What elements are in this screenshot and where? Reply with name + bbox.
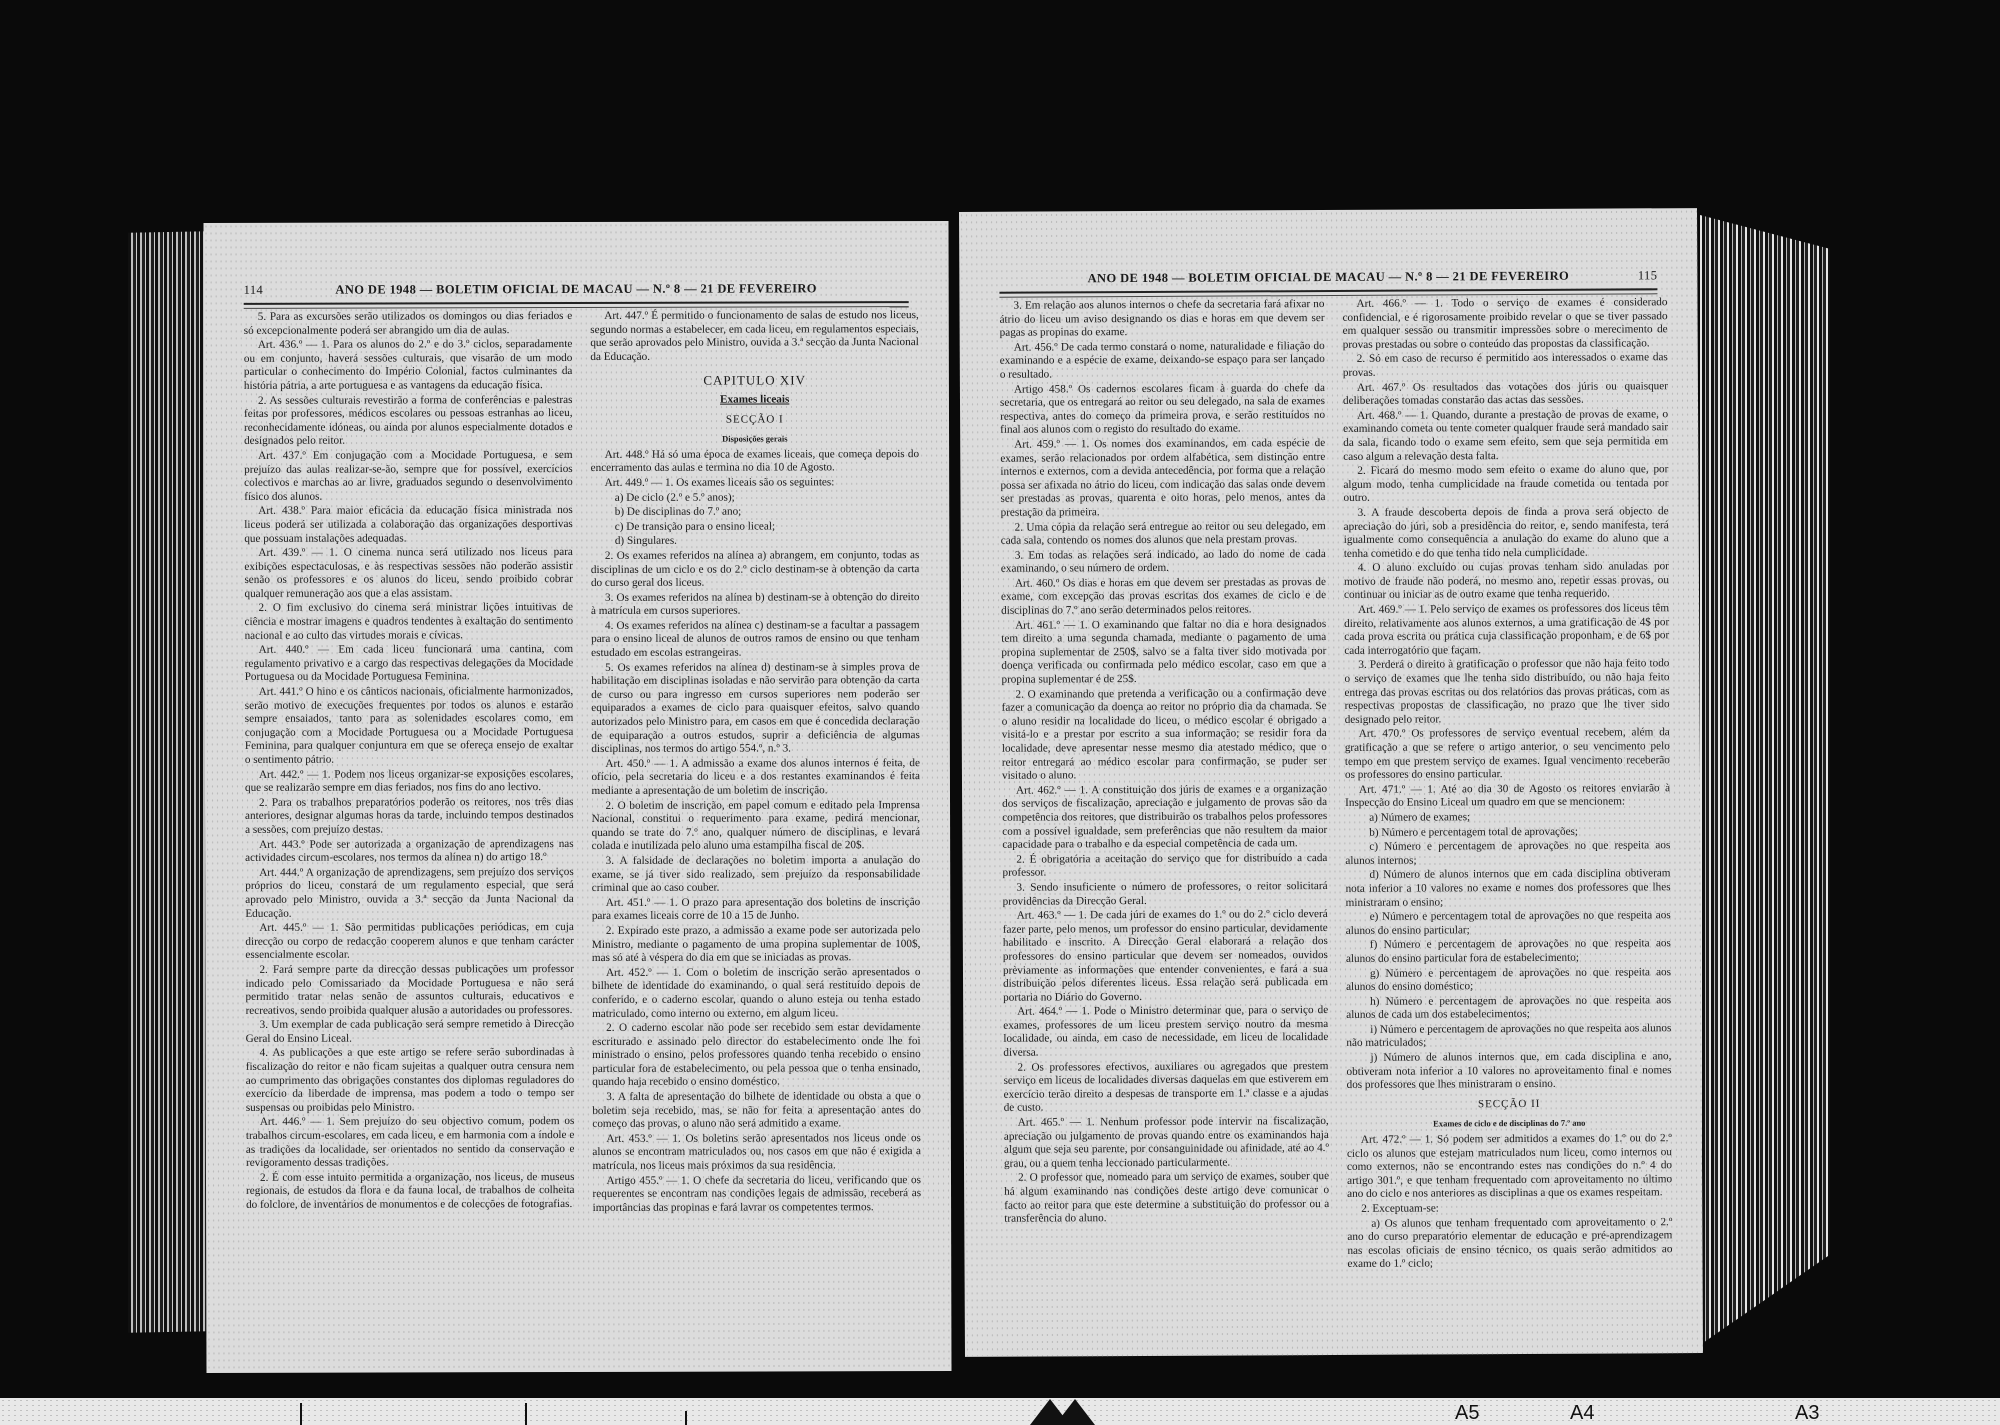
- paragraph: 2. Uma cópia da relação será entregue ao…: [1001, 520, 1326, 549]
- list-item: e) Número e percentagem total de aprovaç…: [1346, 909, 1671, 938]
- paragraph: 2. O professor que, nomeado para um serv…: [1004, 1170, 1329, 1226]
- list-item: c) Número e percentagem de aprovações no…: [1345, 839, 1670, 868]
- paragraph: 2. Exceptuam-se:: [1347, 1201, 1672, 1216]
- running-head: ANO DE 1948 — BOLETIM OFICIAL DE MACAU —…: [999, 268, 1657, 286]
- left-page-column-2: Art. 447.º É permitido o funcionamento d…: [590, 309, 921, 1332]
- paragraph: Art. 460.º Os dias e horas em que devem …: [1001, 576, 1326, 618]
- paragraph: 2. O caderno escolar não pode ser recebi…: [592, 1021, 921, 1090]
- paragraph: Art. 462.º — 1. A constituição dos júris…: [1002, 783, 1327, 853]
- left-page-column-1: 5. Para as excursões serão utilizados os…: [244, 310, 575, 1333]
- paragraph: Art. 440.º — Em cada liceu funcionará um…: [245, 643, 574, 685]
- paragraph: Art. 471.º — 1. Até ao dia 30 de Agosto …: [1345, 782, 1670, 811]
- list-item: i) Número e percentagem de aprovações no…: [1346, 1022, 1671, 1051]
- paragraph: 2. As sessões culturais revestirão a for…: [244, 394, 573, 449]
- list-item: a) Os alunos que tenham frequentado com …: [1347, 1216, 1672, 1272]
- list-item: b) De disciplinas do 7.º ano;: [591, 505, 920, 519]
- list-item: a) Número de exames;: [1345, 810, 1670, 825]
- paragraph: Art. 466.º — 1. Todo o serviço de exames…: [1342, 296, 1667, 352]
- paragraph: Art. 463.º — 1. De cada júri de exames d…: [1003, 908, 1328, 1005]
- paragraph: 4. Os exames referidos na alínea c) dest…: [591, 619, 920, 661]
- paragraph: 4. O aluno excluído ou cujas provas tenh…: [1344, 561, 1669, 603]
- paragraph: Art. 459.º — 1. Os nomes dos examinandos…: [1000, 437, 1325, 520]
- section-title: Exames de ciclo e de disciplinas do 7.º …: [1347, 1117, 1672, 1132]
- paragraph: 4. As publicações a que este artigo se r…: [246, 1046, 575, 1115]
- paragraph: 2. Os professores efectivos, auxiliares …: [1003, 1060, 1328, 1116]
- paragraph: 2. O fim exclusivo do cinema será minist…: [244, 601, 573, 643]
- list-item: b) Número e percentagem total de aprovaç…: [1345, 825, 1670, 840]
- running-head: 114 ANO DE 1948 — BOLETIM OFICIAL DE MAC…: [244, 281, 909, 298]
- paragraph: Art. 464.º — 1. Pode o Ministro determin…: [1003, 1004, 1328, 1060]
- list-item: j) Número de alunos internos que, em cad…: [1346, 1050, 1671, 1092]
- paragraph: Art. 467.º Os resultados das votações do…: [1343, 380, 1668, 409]
- paragraph: 3. A falta de apresentação do bilhete de…: [592, 1090, 921, 1132]
- header-rule: [244, 301, 909, 309]
- frame-label: A3: [1795, 1402, 1819, 1425]
- paragraph: 3. Um exemplar de cada publicação será s…: [246, 1018, 575, 1046]
- paragraph: Artigo 455.º — 1. O chefe da secretaria …: [592, 1174, 921, 1216]
- paragraph: Art. 447.º É permitido o funcionamento d…: [590, 309, 919, 364]
- list-item: d) Número de alunos internos que em cada…: [1345, 868, 1670, 910]
- paragraph: 2. É com esse intuito permitida a organi…: [246, 1171, 575, 1213]
- frame-tick: [685, 1411, 687, 1425]
- frame-marker-arrow: [1055, 1399, 1095, 1425]
- chapter-heading: CAPITULO XIV: [590, 373, 919, 387]
- chapter-title: Exames liceais: [590, 393, 919, 407]
- list-item: h) Número e percentagem de aprovações no…: [1346, 994, 1671, 1023]
- paragraph: Art. 444.º A organização de aprendizagen…: [245, 866, 574, 921]
- left-page: 114 ANO DE 1948 — BOLETIM OFICIAL DE MAC…: [203, 221, 951, 1373]
- paragraph: 2. O boletim de inscrição, em papel comu…: [592, 799, 921, 854]
- list-item: c) De transição para o ensino liceal;: [591, 520, 920, 534]
- paragraph: 5. Os exames referidos na alínea d) dest…: [591, 661, 920, 757]
- frame-tick: [300, 1403, 302, 1425]
- right-page-column-1: 3. Em relação aos alunos internos o chef…: [999, 298, 1329, 1317]
- paragraph: Art. 452.º — 1. Com o boletim de inscriç…: [592, 966, 921, 1021]
- paragraph: Art. 448.º Há só uma época de exames lic…: [591, 448, 920, 476]
- paragraph: Art. 453.º — 1. Os boletins serão aprese…: [592, 1132, 921, 1174]
- paragraph: 2. É obrigatória a aceitação do serviço …: [1002, 852, 1327, 881]
- paragraph: Art. 449.º — 1. Os exames liceais são os…: [591, 476, 920, 490]
- paragraph: Art. 443.º Pode ser autorizada a organiz…: [245, 838, 574, 866]
- paragraph: Art. 472.º — 1. Só podem ser admitidos a…: [1347, 1132, 1672, 1202]
- paragraph: Art. 442.º — 1. Podem nos liceus organiz…: [245, 768, 574, 796]
- paragraph: 2. Ficará do mesmo modo sem efeito o exa…: [1343, 463, 1668, 505]
- book-edge-right: [1700, 215, 1830, 1345]
- paragraph: 2. Só em caso de recurso é permitido aos…: [1343, 352, 1668, 381]
- list-item: a) De ciclo (2.º e 5.º anos);: [591, 491, 920, 505]
- paragraph: 3. Sendo insuficiente o número de profes…: [1003, 880, 1328, 909]
- paragraph: Art. 438.º Para maior eficácia da educaç…: [244, 504, 573, 546]
- frame-tick: [525, 1403, 527, 1425]
- list-item: d) Singulares.: [591, 534, 920, 548]
- paragraph: Art. 450.º — 1. A admissão a exame dos a…: [591, 757, 920, 799]
- page-number: 115: [1638, 268, 1658, 283]
- paragraph: 3. Em todas as relações será indicado, a…: [1001, 548, 1326, 577]
- list-item: g) Número e percentagem de aprovações no…: [1346, 966, 1671, 995]
- running-head-text: ANO DE 1948 — BOLETIM OFICIAL DE MACAU —…: [335, 281, 817, 296]
- paragraph: Artigo 458.º Os cadernos escolares ficam…: [1000, 382, 1325, 438]
- paragraph: 2. Fará sempre parte da direcção dessas …: [245, 963, 574, 1018]
- frame-label: A4: [1570, 1402, 1594, 1425]
- paragraph: 2. Para os trabalhos preparatórios poder…: [245, 796, 574, 838]
- list-item: f) Número e percentagem de aprovações no…: [1346, 938, 1671, 967]
- paragraph: 3. Perderá o direito à gratificação o pr…: [1344, 658, 1669, 728]
- book-edge-left: [128, 231, 208, 1332]
- paragraph: Art. 470.º Os professores de serviço eve…: [1345, 727, 1670, 783]
- paragraph: Art. 436.º — 1. Para os alunos do 2.º e …: [244, 338, 573, 393]
- paragraph: Art. 445.º — 1. São permitidas publicaçõ…: [245, 921, 574, 963]
- paragraph: Art. 439.º — 1. O cinema nunca será util…: [244, 546, 573, 601]
- paragraph: Art. 461.º — 1. O examinando que faltar …: [1001, 618, 1326, 688]
- section-title: Disposições gerais: [591, 432, 920, 446]
- paragraph: Art. 451.º — 1. O prazo para apresentaçã…: [592, 896, 921, 924]
- section-heading: SECÇÃO I: [590, 413, 919, 427]
- paragraph: 3. Os exames referidos na alínea b) dest…: [591, 591, 920, 619]
- paragraph: Art. 465.º — 1. Nenhum professor pode in…: [1004, 1115, 1329, 1171]
- paragraph: 2. Expirado este prazo, a admissão a exa…: [592, 924, 921, 966]
- paragraph: 2. O examinando que pretenda a verificaç…: [1002, 687, 1327, 784]
- paragraph: Art. 468.º — 1. Quando, durante a presta…: [1343, 408, 1668, 464]
- running-head-text: ANO DE 1948 — BOLETIM OFICIAL DE MACAU —…: [1088, 269, 1570, 286]
- paragraph: 3. A fraude descoberta depois de finda a…: [1344, 505, 1669, 561]
- paragraph: 5. Para as excursões serão utilizados os…: [244, 310, 573, 338]
- paragraph: 3. A falsidade de declarações no boletim…: [592, 854, 921, 896]
- microfilm-strip: A5 A4 A3: [0, 1398, 2000, 1425]
- paragraph: Art. 441.º O hino e os cânticos nacionai…: [245, 685, 574, 767]
- right-page: ANO DE 1948 — BOLETIM OFICIAL DE MACAU —…: [959, 208, 1703, 1357]
- paragraph: 2. Os exames referidos na alínea a) abra…: [591, 549, 920, 591]
- paragraph: Art. 437.º Em conjugação com a Mocidade …: [244, 449, 573, 504]
- frame-label: A5: [1455, 1402, 1479, 1425]
- right-page-column-2: Art. 466.º — 1. Todo o serviço de exames…: [1342, 296, 1672, 1315]
- paragraph: Art. 469.º — 1. Pelo serviço de exames o…: [1344, 602, 1669, 658]
- paragraph: 3. Em relação aos alunos internos o chef…: [999, 298, 1324, 340]
- paragraph: Art. 456.º De cada termo constará o nome…: [1000, 340, 1325, 382]
- page-number: 114: [244, 283, 264, 298]
- paragraph: Art. 446.º — 1. Sem prejuízo do seu obje…: [246, 1115, 575, 1170]
- section-heading: SECÇÃO II: [1347, 1097, 1672, 1112]
